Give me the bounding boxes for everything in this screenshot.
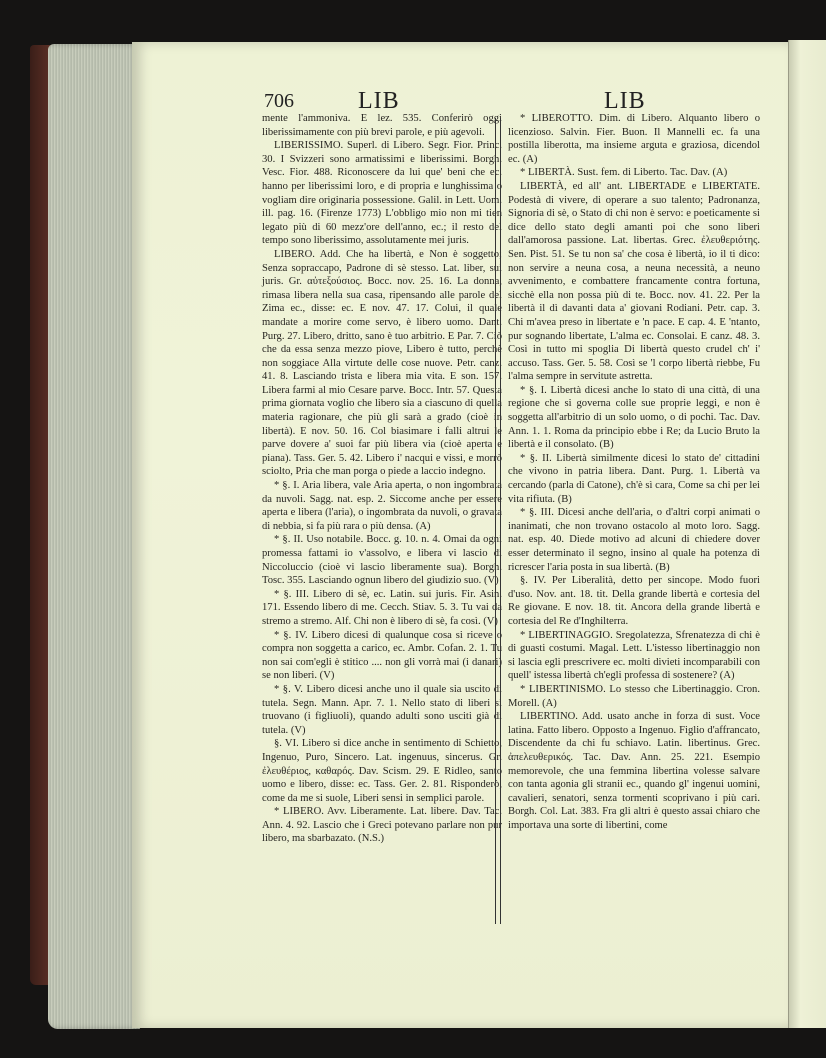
dictionary-entry: LIBERISSIMO. Superl. di Libero. Segr. Fi…: [262, 139, 502, 248]
dictionary-entry: * §. III. Dicesi anche dell'aria, o d'al…: [508, 506, 760, 574]
dictionary-entry: LIBERTINO. Add. usato anche in forza di …: [508, 710, 760, 832]
dictionary-entry: * LIBERTÀ. Sust. fem. di Liberto. Tac. D…: [508, 166, 760, 180]
dictionary-entry: * LIBERO. Avv. Liberamente. Lat. libere.…: [262, 805, 502, 846]
running-head-left: LIB: [358, 88, 400, 115]
dictionary-entry: §. VI. Libero si dice anche in sentiment…: [262, 737, 502, 805]
dictionary-entry: mente l'ammoniva. E lez. 535. Conferirò …: [262, 112, 502, 139]
left-column: mente l'ammoniva. E lez. 535. Conferirò …: [262, 112, 502, 846]
dictionary-entry: * §. I. Aria libera, vale Aria aperta, o…: [262, 479, 502, 533]
dictionary-entry: §. IV. Per Liberalità, detto per sincope…: [508, 574, 760, 628]
dictionary-entry: * §. II. Libertà similmente dicesi lo st…: [508, 452, 760, 506]
dictionary-entry: * §. IV. Libero dicesi di qualunque cosa…: [262, 629, 502, 683]
dictionary-entry: * LIBEROTTO. Dim. di Libero. Alquanto li…: [508, 112, 760, 166]
facing-page-edge: [788, 40, 826, 1028]
column-divider: [495, 118, 501, 924]
right-column: * LIBEROTTO. Dim. di Libero. Alquanto li…: [508, 112, 760, 832]
running-head-right: LIB: [604, 88, 646, 115]
dictionary-entry: * LIBERTINAGGIO. Sregolatezza, Sfrenatez…: [508, 629, 760, 683]
dictionary-entry: LIBERO. Add. Che ha libertà, e Non è sog…: [262, 248, 502, 479]
dictionary-entry: * §. II. Uso notabile. Bocc. g. 10. n. 4…: [262, 533, 502, 587]
dictionary-entry: * LIBERTINISMO. Lo stesso che Libertinag…: [508, 683, 760, 710]
page-number: 706: [264, 90, 294, 113]
dictionary-entry: LIBERTÀ, ed all' ant. LIBERTADE e LIBERT…: [508, 180, 760, 384]
dictionary-entry: * §. III. Libero di sè, ec. Latin. sui j…: [262, 588, 502, 629]
dictionary-entry: * §. V. Libero dicesi anche uno il quale…: [262, 683, 502, 737]
page-edges: [48, 44, 140, 1029]
dictionary-entry: * §. I. Libertà dicesi anche lo stato di…: [508, 384, 760, 452]
